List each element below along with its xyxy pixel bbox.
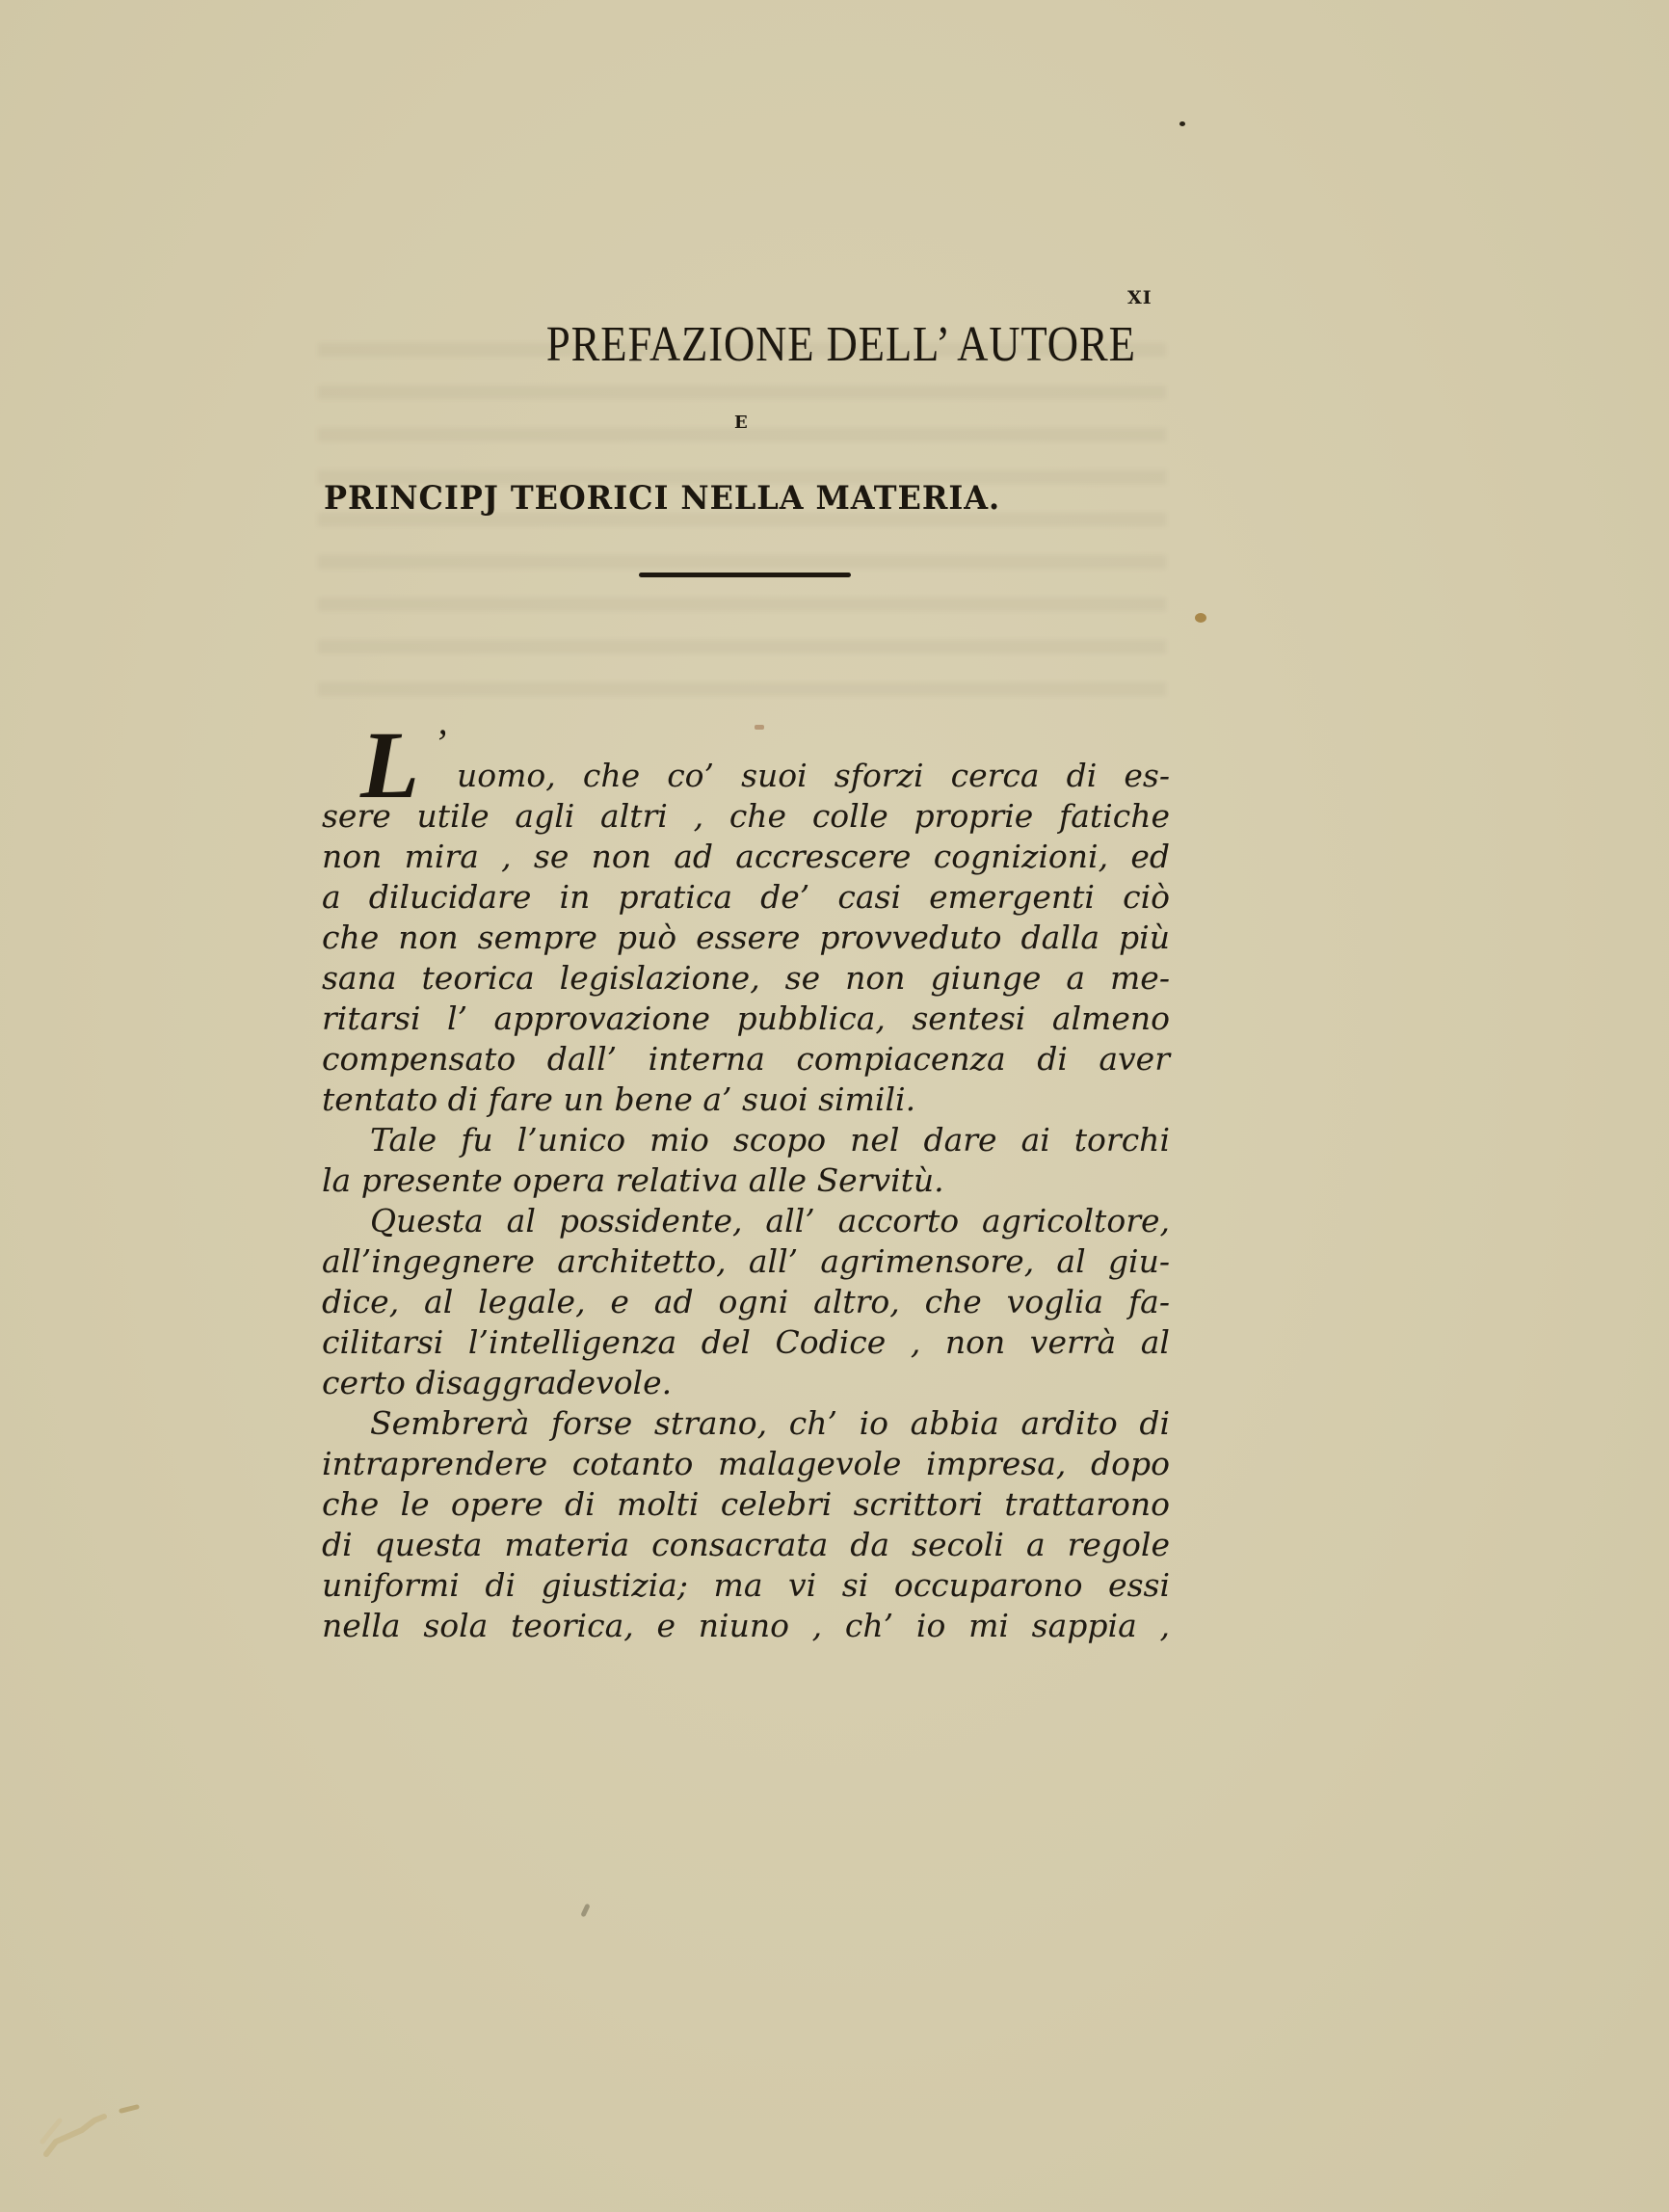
- drop-cap: L: [360, 717, 419, 813]
- text-line: sere utile agli altri , che colle propri…: [322, 796, 1170, 837]
- heading-line-2: PRINCIPJ TEORICI NELLA MATERIA.: [324, 477, 1102, 520]
- book-page: XI PREFAZIONE DELL’ AUTORE E PRINCIPJ TE…: [0, 0, 1669, 2212]
- text-line: non mira , se non ad accrescere cognizio…: [322, 837, 1170, 877]
- paper-speck: [755, 725, 764, 730]
- text-line: la presente opera relativa alle Servitù.: [322, 1160, 1170, 1201]
- text-line: nella sola teorica, e niuno , ch’ io mi …: [322, 1606, 1170, 1646]
- text-line: all’ingegnere architetto, all’ agrimenso…: [322, 1241, 1170, 1282]
- text-line: cilitarsi l’intelligenza del Codice , no…: [322, 1322, 1170, 1363]
- show-through-text: [318, 318, 1166, 723]
- body-text: L ’ uomo, che co’ suoi sforzi cerca di e…: [322, 756, 1170, 1646]
- text-line: compensato dall’ interna compiacenza di …: [322, 1039, 1170, 1079]
- text-line: Sembrerà forse strano, ch’ io abbia ardi…: [322, 1403, 1170, 1444]
- text-line: uomo, che co’ suoi sforzi cerca di es-: [322, 756, 1170, 796]
- text-line: dice, al legale, e ad ogni altro, che vo…: [322, 1282, 1170, 1322]
- text-line: che non sempre può essere provveduto dal…: [322, 918, 1170, 958]
- ornamental-rule: [639, 573, 851, 577]
- text-line: Questa al possidente, all’ accorto agric…: [322, 1201, 1170, 1241]
- text-line: intraprendere cotanto malagevole impresa…: [322, 1444, 1170, 1484]
- heading-conjunction: E: [734, 413, 748, 433]
- heading-line-1: PREFAZIONE DELL’ AUTORE: [107, 316, 1543, 374]
- text-line: tentato di fare un bene a’ suoi simili.: [322, 1079, 1170, 1120]
- text-line: che le opere di molti celebri scrittori …: [322, 1484, 1170, 1525]
- text-line: di questa materia consacrata da secoli a…: [322, 1525, 1170, 1565]
- paper-speck: [1195, 613, 1206, 623]
- paper-stain: [29, 2082, 154, 2159]
- paper-speck: [580, 1904, 590, 1918]
- text-line: a dilucidare in pratica de’ casi emergen…: [322, 877, 1170, 918]
- text-line: sana teorica legislazione, se non giunge…: [322, 958, 1170, 999]
- text-line: uniformi di giustizia; ma vi si occuparo…: [322, 1565, 1170, 1606]
- text-line: Tale fu l’unico mio scopo nel dare ai to…: [322, 1120, 1170, 1160]
- text-line: certo disaggradevole.: [322, 1363, 1170, 1403]
- drop-cap-apostrophe: ’: [434, 723, 446, 763]
- page-number: XI: [1127, 287, 1152, 308]
- text-line: ritarsi l’ approvazione pubblica, sentes…: [322, 999, 1170, 1039]
- paper-speck: [1179, 121, 1185, 126]
